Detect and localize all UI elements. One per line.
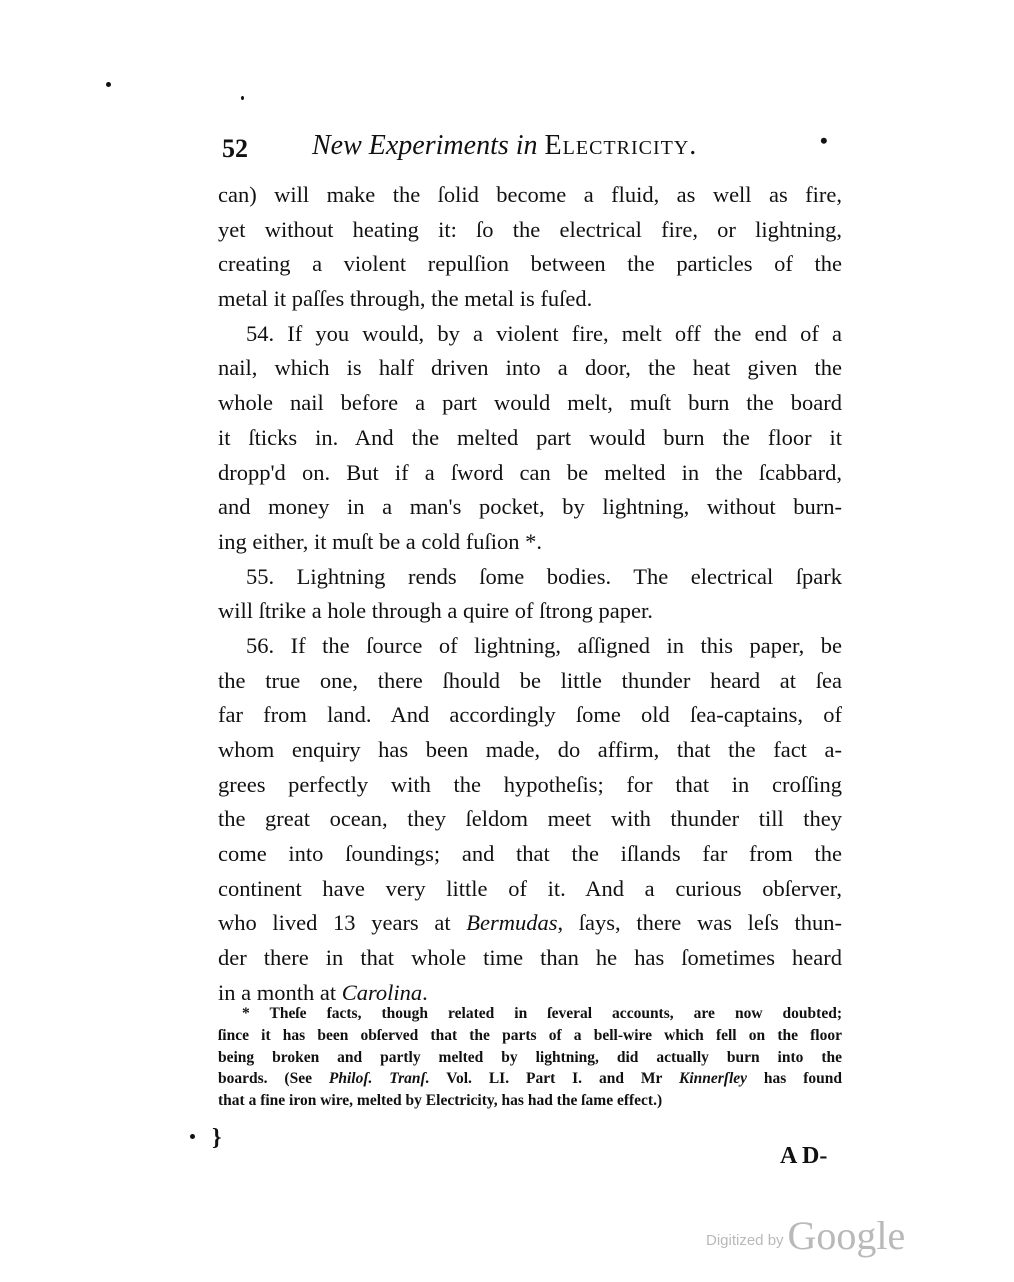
footnote-line: ſince it has been obſerved that the part… [218, 1025, 842, 1047]
scan-speck [106, 82, 111, 87]
text-segment: . [422, 980, 428, 1005]
text-segment: , ſays, there was leſs thun- [558, 910, 843, 935]
running-title: New Experiments in Electricity. [312, 130, 697, 162]
text-segment: who lived 13 years at [218, 910, 451, 935]
text-line: will ſtrike a hole through a quire of ſt… [218, 594, 842, 629]
main-text: can) will make the ſolid become a fluid,… [218, 178, 842, 1011]
text-line: come into ſoundings; and that the iſland… [218, 837, 842, 872]
paragraph-55-start: 55. Lightning rends ſome bodies. The ele… [218, 560, 842, 595]
text-line: continent have very little of it. And a … [218, 872, 842, 907]
text-line: whom enquiry has been made, do affirm, t… [218, 733, 842, 768]
footnote-line-citation: boards. (See Philoſ. Tranſ. Vol. LI. Par… [218, 1068, 842, 1090]
running-title-italic: New Experiments in [312, 130, 538, 161]
footnote: * Theſe facts, though related in ſeveral… [218, 1003, 842, 1112]
text-line: grees perfectly with the hypotheſis; for… [218, 768, 842, 803]
text-line: creating a violent repulſion between the… [218, 247, 842, 282]
text-segment: has found [764, 1070, 842, 1087]
place-name-carolina: Carolina [342, 980, 422, 1005]
text-segment: in a month at [218, 980, 336, 1005]
paragraph-54-start: 54. If you would, by a violent fire, mel… [218, 317, 842, 352]
text-segment: Vol. LI. Part I. and Mr [446, 1070, 662, 1087]
text-line: and money in a man's pocket, by lightnin… [218, 490, 842, 525]
text-line: der there in that whole time than he has… [218, 941, 842, 976]
person-name: Kinnerſley [679, 1070, 747, 1087]
running-title-caps: Electricity. [545, 130, 698, 161]
scan-speck [190, 1134, 195, 1139]
journal-name: Philoſ. Tranſ. [329, 1070, 430, 1087]
catchword: A D- [780, 1143, 827, 1170]
text-line: can) will make the ſolid become a fluid,… [218, 178, 842, 213]
watermark-prefix: Digitized by [706, 1232, 784, 1249]
text-line: far from land. And accordingly ſome old … [218, 698, 842, 733]
text-line: whole nail before a part would melt, muſ… [218, 386, 842, 421]
text-line: it ſticks in. And the melted part would … [218, 421, 842, 456]
paragraph-56-start: 56. If the ſource of lightning, aſſigned… [218, 629, 842, 664]
brace-mark: } [212, 1125, 221, 1152]
text-line: the great ocean, they ſeldom meet with t… [218, 802, 842, 837]
place-name-bermudas: Bermudas [466, 910, 557, 935]
footnote-line: that a fine iron wire, melted by Electri… [218, 1090, 842, 1112]
digitized-by-google-watermark: Digitized by Google [706, 1212, 905, 1259]
google-logo-text: Google [788, 1213, 906, 1258]
text-line: nail, which is half driven into a door, … [218, 351, 842, 386]
footnote-line: * Theſe facts, though related in ſeveral… [218, 1003, 842, 1025]
running-header: 52 New Experiments in Electricity. • [222, 128, 842, 168]
scan-speck [241, 96, 244, 100]
footnote-line: being broken and partly melted by lightn… [218, 1047, 842, 1069]
text-line-bermudas: who lived 13 years at Bermudas, ſays, th… [218, 906, 842, 941]
text-line: yet without heating it: ſo the electrica… [218, 213, 842, 248]
text-line: dropp'd on. But if a ſword can be melted… [218, 456, 842, 491]
page-number: 52 [222, 134, 248, 164]
text-line: ing either, it muſt be a cold fuſion *. [218, 525, 842, 560]
text-line: metal it paſſes through, the metal is fu… [218, 282, 842, 317]
text-segment: boards. (See [218, 1070, 312, 1087]
text-line: the true one, there ſhould be little thu… [218, 664, 842, 699]
ink-mark: • [820, 128, 828, 154]
